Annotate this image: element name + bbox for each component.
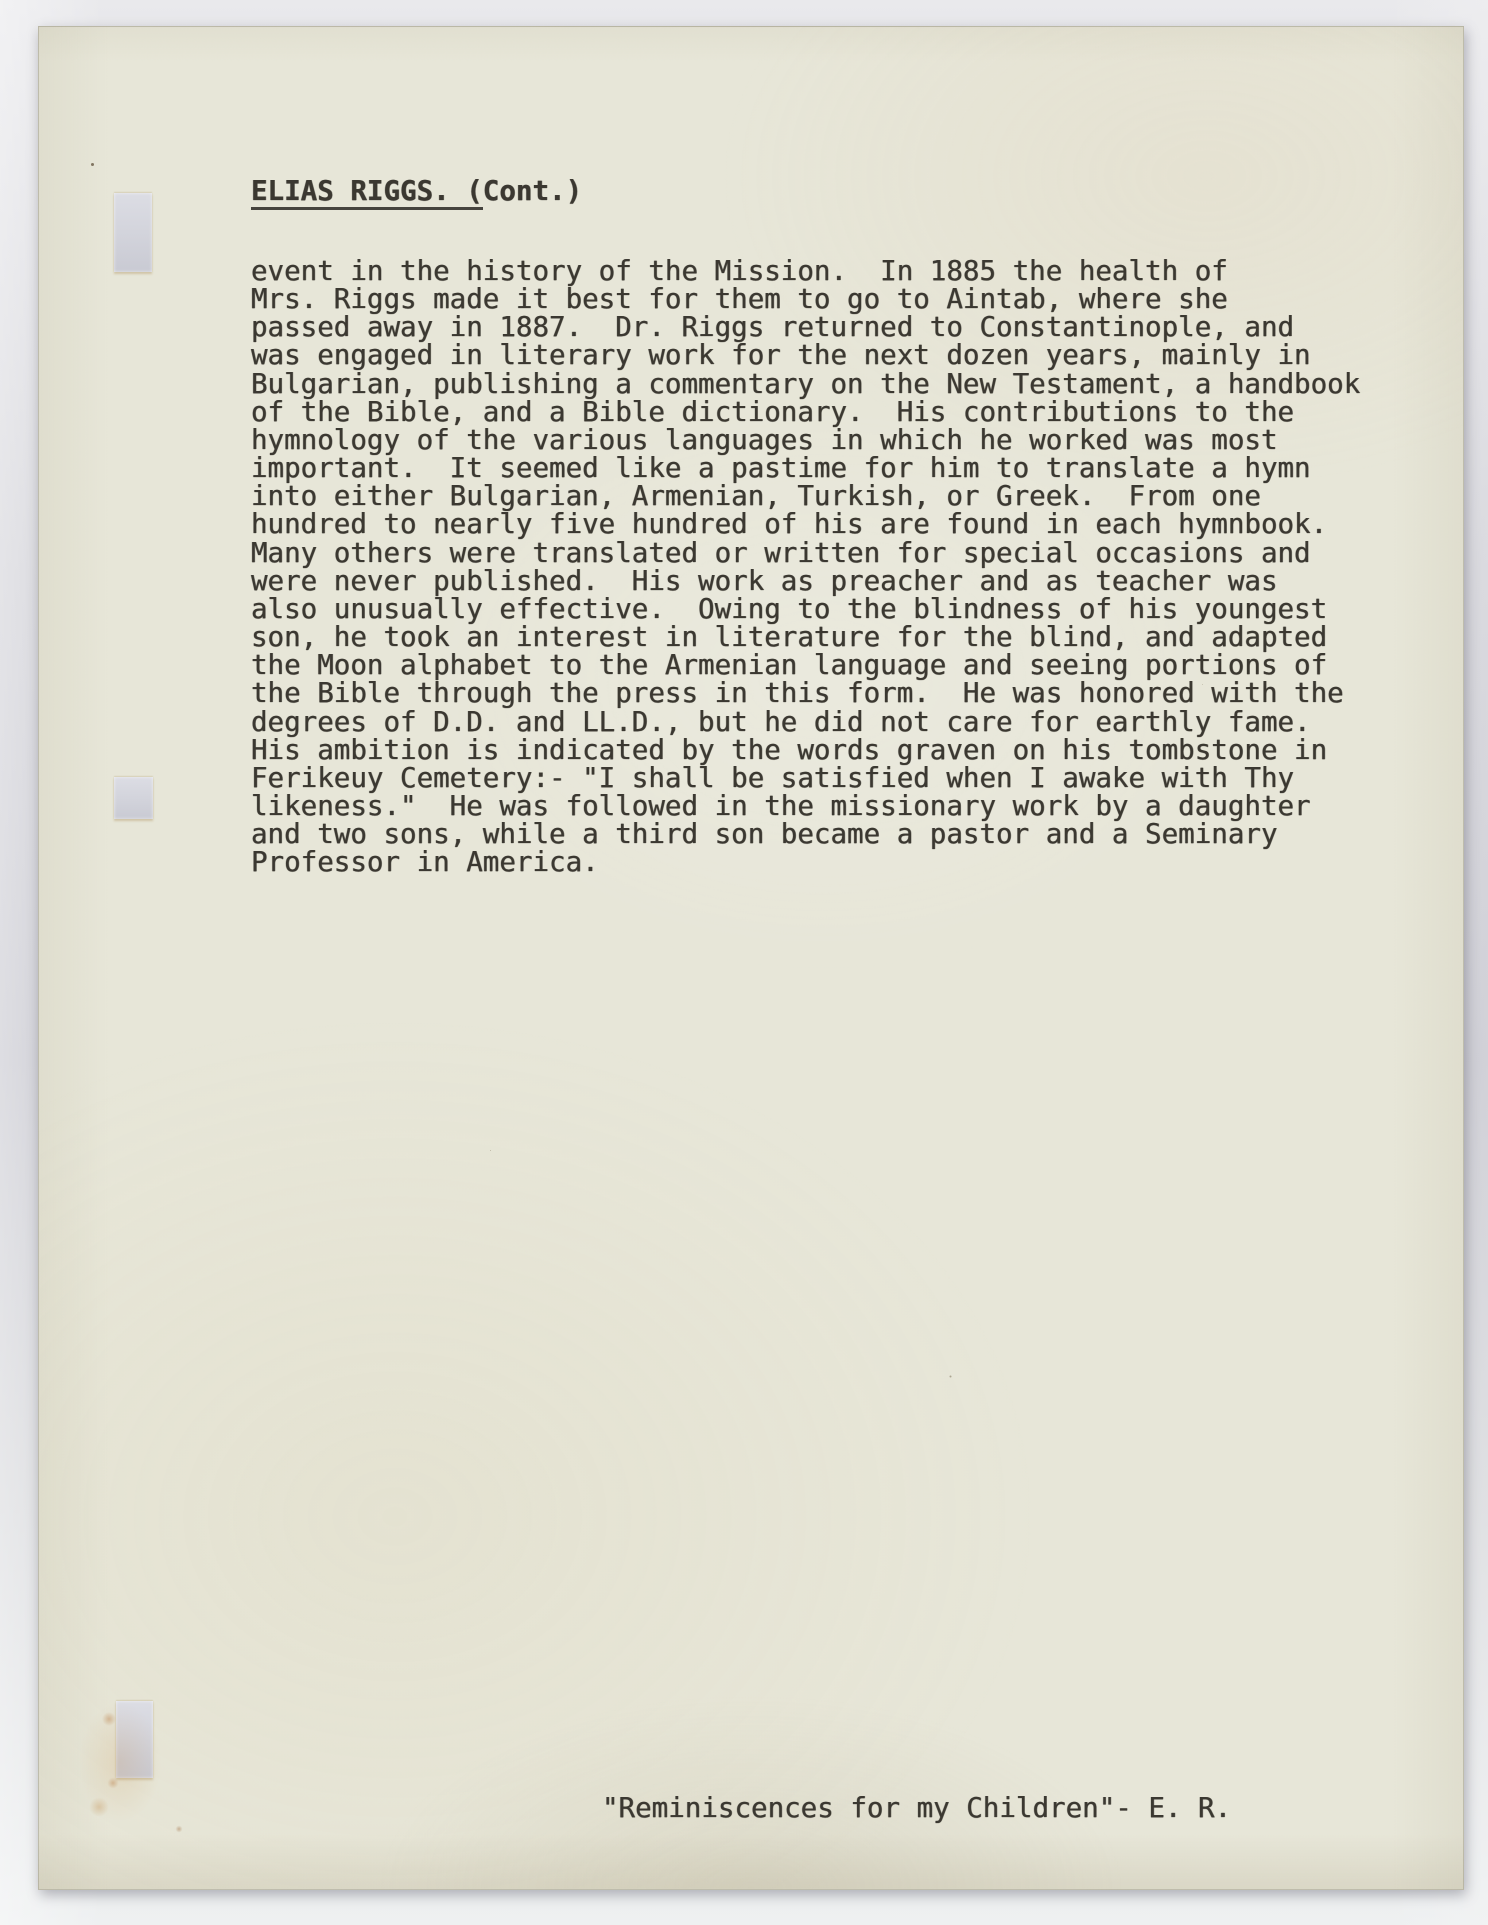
- paper-speck: [91, 163, 94, 166]
- page-title: ELIAS RIGGS. (Cont.): [251, 176, 582, 210]
- rust-stain: [75, 1667, 205, 1847]
- source-attribution: "Reminiscences for my Children"- E. R.: [602, 1793, 1231, 1823]
- body-paragraph: event in the history of the Mission. In …: [251, 257, 1360, 876]
- scan-background: { "document": { "heading": { "underlined…: [0, 0, 1488, 1925]
- punch-hole-top: [114, 193, 152, 272]
- page-title-rest-part: Cont.): [483, 175, 582, 207]
- punch-hole-middle: [114, 777, 153, 819]
- page-title-underlined-part: ELIAS RIGGS. (: [251, 176, 483, 210]
